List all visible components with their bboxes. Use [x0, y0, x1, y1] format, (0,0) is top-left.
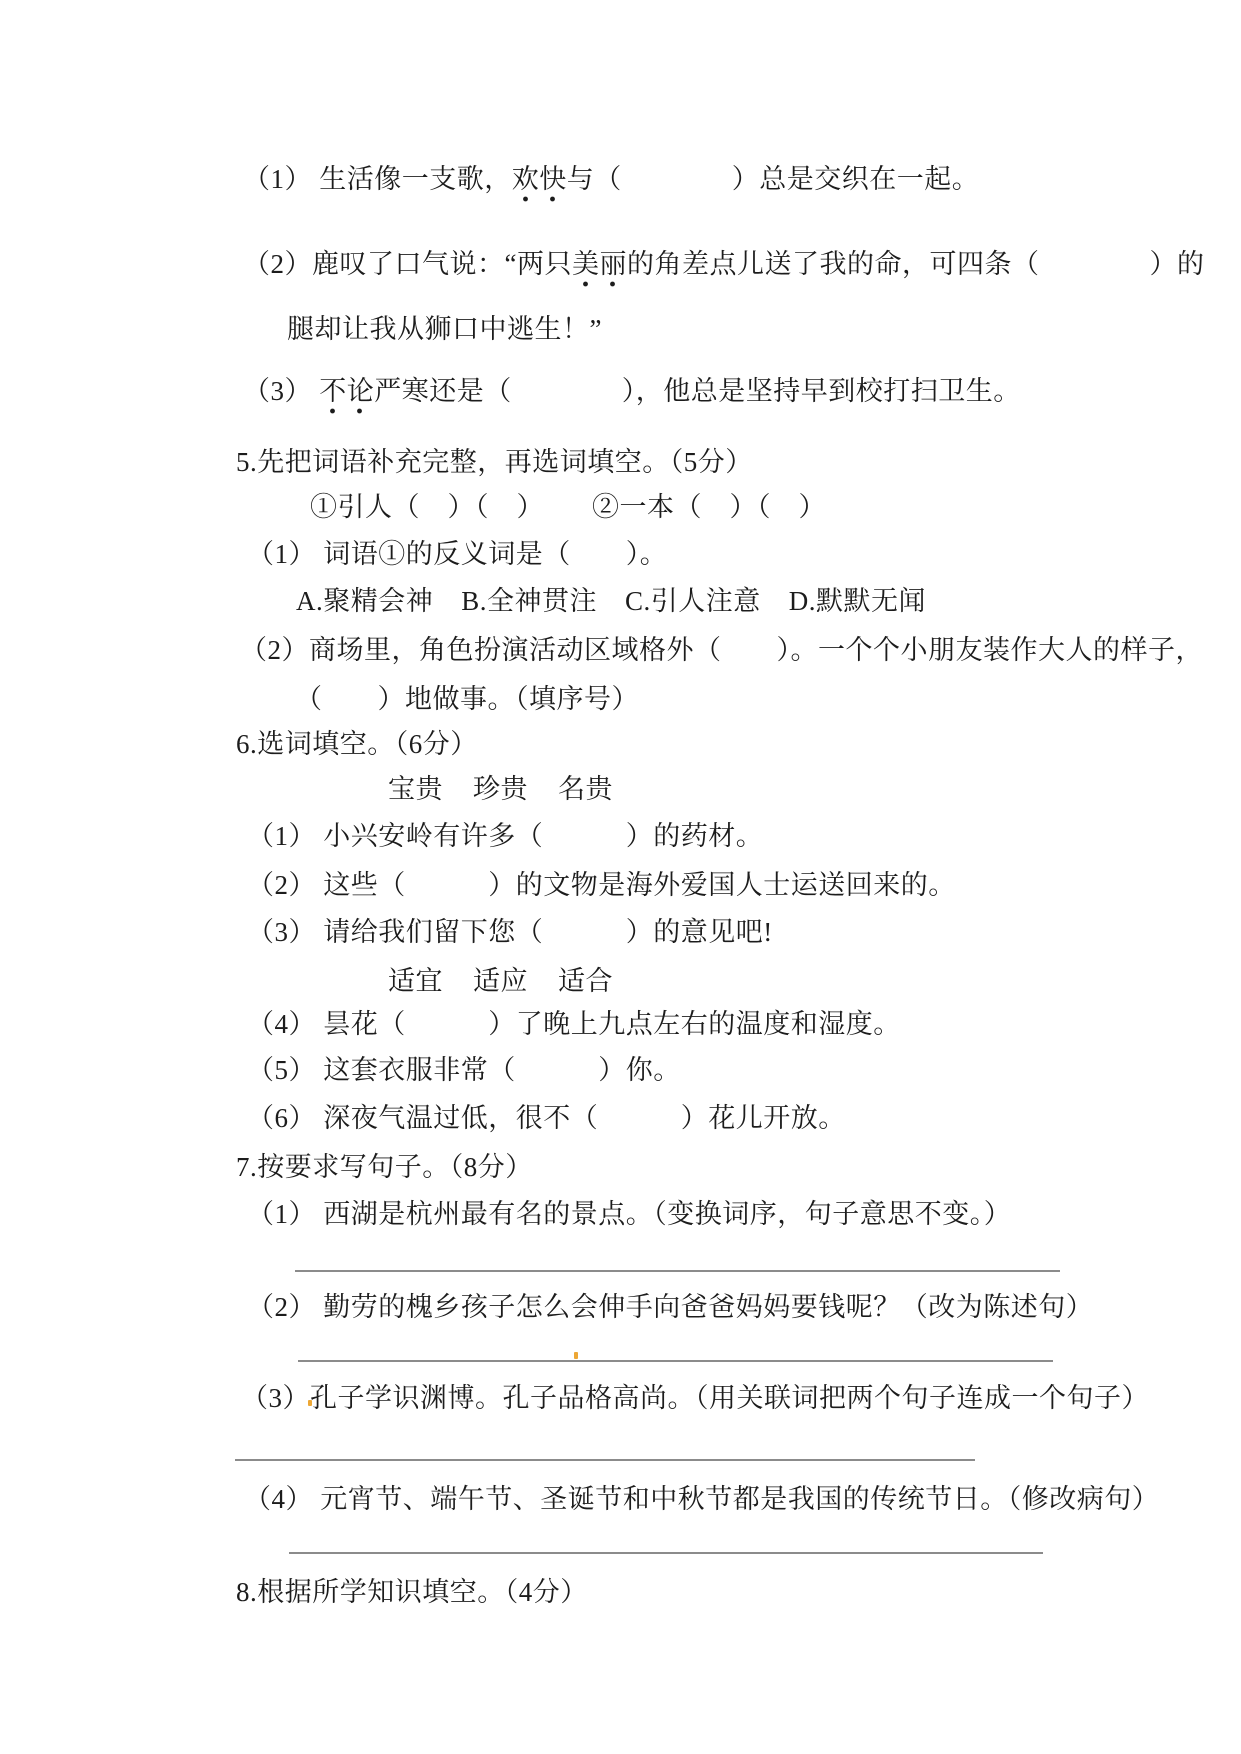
q6-word-bank-2: 适宜适应适合 [388, 964, 613, 998]
q4-item-3: （3） 不论严寒还是（ ），他总是坚持早到校打扫卫生。 [243, 374, 1021, 408]
q4-item-2-pre: （2）鹿叹了口气说：“两只 [243, 249, 572, 279]
q4-item-2: （2）鹿叹了口气说：“两只美丽的角差点儿送了我的命，可四条（ ）的 [243, 247, 1204, 281]
q5-option-c: C.引人注意 [625, 586, 761, 616]
q5-word-blank-2: ②一本（ ）（ ） [592, 492, 826, 522]
q4-item-1: （1） 生活像一支歌，欢快与（ ）总是交织在一起。 [243, 162, 979, 196]
q7-title: 7.按要求写句子。（8分） [236, 1150, 533, 1184]
q6-bank2-word-3: 适合 [558, 966, 613, 996]
q6-item-3: （3） 请给我们留下您（ ）的意见吧! [247, 915, 773, 949]
q4-item-3-post: 严寒还是（ ），他总是坚持早到校打扫卫生。 [374, 376, 1021, 406]
scan-artifact-dot-1 [574, 1352, 578, 1359]
q4-item-1-post: 与（ ）总是交织在一起。 [567, 164, 980, 194]
q8-title: 8.根据所学知识填空。（4分） [236, 1575, 588, 1609]
q7-item-2: （2） 勤劳的槐乡孩子怎么会伸手向爸爸妈妈要钱呢？（改为陈述句） [247, 1290, 1093, 1324]
q6-item-5: （5） 这套衣服非常（ ）你。 [247, 1053, 681, 1087]
q6-item-6: （6） 深夜气温过低，很不（ ）花儿开放。 [247, 1101, 846, 1135]
q7-answer-line-2 [298, 1360, 1053, 1362]
q4-item-1-pre: （1） 生活像一支歌， [243, 164, 512, 194]
exam-paper-page: （1） 生活像一支歌，欢快与（ ）总是交织在一起。 （2）鹿叹了口气说：“两只美… [0, 0, 1241, 1754]
q4-item-1-emphasized-word: 欢快 [512, 164, 567, 203]
q5-sub2-line2: （ ）地做事。（填序号） [295, 682, 639, 716]
q4-item-2-emphasized-word: 美丽 [572, 249, 627, 288]
q5-option-b: B.全神贯注 [461, 586, 597, 616]
q7-item-1: （1） 西湖是杭州最有名的景点。（变换词序，句子意思不变。） [247, 1197, 1011, 1231]
q6-bank1-word-2: 珍贵 [473, 774, 528, 804]
q6-bank2-word-2: 适应 [473, 966, 528, 996]
q5-title: 5.先把词语补充完整，再选词填空。（5分） [236, 445, 753, 479]
q6-bank2-word-1: 适宜 [388, 966, 443, 996]
q6-word-bank-1: 宝贵珍贵名贵 [388, 772, 613, 806]
q7-item-4: （4） 元宵节、端午节、圣诞节和中秋节都是我国的传统节日。（修改病句） [244, 1482, 1159, 1516]
q6-item-4: （4） 昙花（ ）了晚上九点左右的温度和湿度。 [247, 1007, 901, 1041]
q6-item-2: （2） 这些（ ）的文物是海外爱国人士运送回来的。 [247, 868, 956, 902]
q4-item-2-post: 的角差点儿送了我的命，可四条（ ）的 [627, 249, 1205, 279]
q4-item-3-emphasized-word: 不论 [319, 376, 374, 415]
q7-answer-line-1 [295, 1270, 1060, 1272]
q4-item-2-continuation: 腿却让我从狮口中逃生！” [287, 312, 602, 346]
q6-item-1: （1） 小兴安岭有许多（ ）的药材。 [247, 819, 763, 853]
q5-option-d: D.默默无闻 [789, 586, 926, 616]
q6-bank1-word-3: 名贵 [558, 774, 613, 804]
q7-answer-line-3 [235, 1459, 975, 1461]
q5-choice-options: A.聚精会神B.全神贯注C.引人注意D.默默无闻 [296, 584, 926, 618]
q7-item-3: （3）孔子学识渊博。孔子品格高尚。（用关联词把两个句子连成一个句子） [241, 1381, 1149, 1415]
q5-option-a: A.聚精会神 [296, 586, 433, 616]
scan-artifact-dot-2 [308, 1400, 312, 1406]
q4-item-3-pre: （3） [243, 376, 319, 406]
q5-word-blank-1: ①引人（ ）（ ） [310, 492, 544, 522]
q7-answer-line-4 [289, 1552, 1043, 1554]
q5-sub1: （1） 词语①的反义词是（ ）。 [247, 537, 667, 571]
q5-word-completion-blanks: ①引人（ ）（ ）②一本（ ）（ ） [310, 490, 826, 524]
q5-sub2-line1: （2）商场里，角色扮演活动区域格外（ ）。一个个小朋友装作大人的样子， [240, 633, 1203, 667]
q6-title: 6.选词填空。（6分） [236, 727, 478, 761]
q6-bank1-word-1: 宝贵 [388, 774, 443, 804]
